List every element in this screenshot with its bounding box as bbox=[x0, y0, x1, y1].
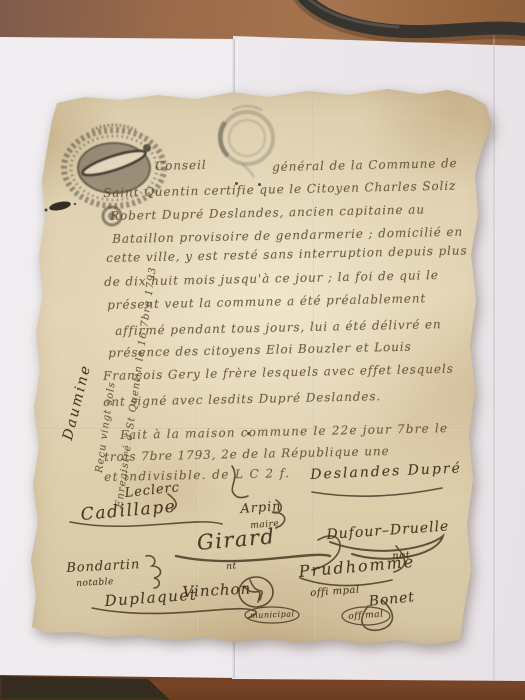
manuscript-line: et indivisible. de L C 2 f. bbox=[104, 466, 290, 484]
photo-of-manuscript: Conseil général de la Commune de Saint Q… bbox=[0, 0, 525, 700]
signature-arpin: Arpin bbox=[240, 499, 282, 517]
ink-layer: Conseil général de la Commune de Saint Q… bbox=[0, 0, 525, 700]
signature-bonet: Bonet bbox=[368, 589, 416, 610]
signature-prudhomme-title: offi mpal bbox=[310, 585, 360, 599]
manuscript-line: général de la Commune de bbox=[272, 156, 458, 174]
signature-deslandes-dupre: Deslandes Dupré bbox=[310, 460, 462, 483]
signature-bondartin-title: notable bbox=[76, 577, 114, 589]
signature-girard: Girard bbox=[196, 524, 276, 555]
manuscript-line: ont signé avec lesdits Dupré Deslandes. bbox=[103, 389, 381, 409]
manuscript-line: Fait à la maison commune le 22e jour 7br… bbox=[120, 421, 448, 442]
signature-bondartin: Bondartin bbox=[66, 557, 141, 576]
margin-signature: Daumine bbox=[60, 363, 94, 442]
manuscript-line: présence des citoyens Eloi Bouzler et Lo… bbox=[108, 340, 412, 360]
manuscript-line: affirmé pendant tous jours, lui a été dé… bbox=[115, 317, 442, 338]
manuscript-opening-word: Conseil bbox=[155, 158, 207, 173]
signature-bonet-title: off mal bbox=[348, 610, 384, 622]
signature-prudhomme: Prudhomme bbox=[298, 552, 416, 581]
ink-blot bbox=[42, 196, 82, 220]
signature-vinchon-title: municipal bbox=[250, 609, 295, 620]
signature-cadillape: Cadillape bbox=[80, 497, 177, 525]
signature-duplaquet: Duplaquet bbox=[104, 586, 198, 610]
manuscript-line: trois 7bre 1793, 2e de la République une bbox=[104, 444, 390, 464]
manuscript-line: François Gery le frère lesquels avec eff… bbox=[103, 362, 454, 383]
signature-dufour-druelle: Dufour–Druelle bbox=[326, 518, 450, 543]
signature-girard-paraph: nt bbox=[226, 561, 237, 572]
black-cable bbox=[0, 0, 525, 60]
manuscript-line: cette ville, y est resté sans interrupti… bbox=[106, 243, 468, 265]
